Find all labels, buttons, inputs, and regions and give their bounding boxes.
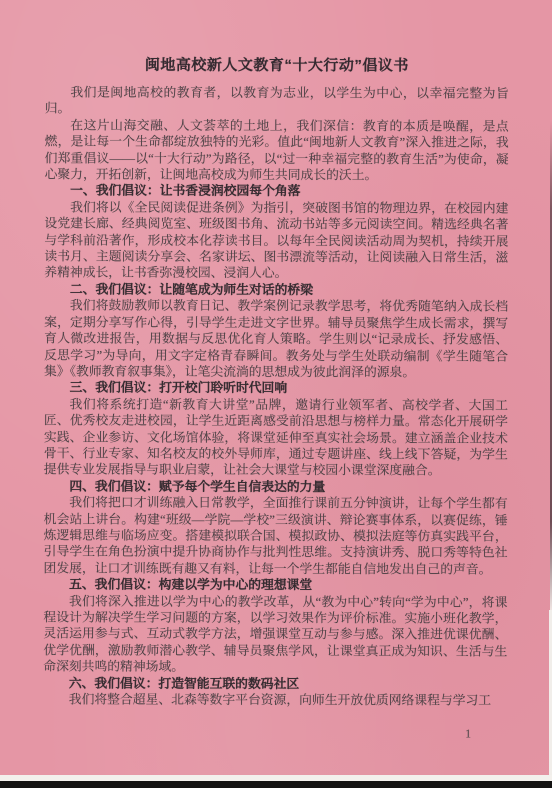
section-heading: 一、我们倡议：让书香浸润校园每个角落 (45, 183, 509, 201)
section-heading: 四、我们倡议：赋予每个学生自信表达的力量 (44, 478, 508, 496)
section-heading: 三、我们倡议：打开校门聆听时代回响 (44, 380, 508, 398)
scan-strip-black (0, 781, 552, 788)
page-number: 1 (465, 726, 471, 741)
paragraph: 我们将鼓励教师以教育日记、教学案例记录教学思考，将优秀随笔纳入成长档案，定期分享… (44, 298, 508, 381)
paragraph: 我们将把口才训练融入日常教学，全面推行课前五分钟演讲，让每个学生都有机会站上讲台… (44, 495, 508, 578)
document-body: 我们是闽地高校的教育者，以教育为志业，以学生为中心，以幸福完整为旨归。在这片山海… (43, 84, 509, 709)
scanned-page: 闽地高校新人文教育“十大行动”倡议书 我们是闽地高校的教育者，以教育为志业，以学… (0, 0, 552, 788)
paragraph: 我们将整合超星、北森等数字平台资源，向师生开放优质网络课程与学习工 (43, 691, 507, 709)
paragraph: 我们是闽地高校的教育者，以教育为志业，以学生为中心，以幸福完整为旨归。 (45, 84, 509, 118)
document-sheet: 闽地高校新人文教育“十大行动”倡议书 我们是闽地高校的教育者，以教育为志业，以学… (0, 0, 552, 788)
paragraph: 在这片山海交融、人文荟萃的土地上，我们深信：教育的本质是唤醒，是点燃，是让每一个… (45, 117, 509, 184)
section-heading: 二、我们倡议：让随笔成为师生对话的桥梁 (44, 281, 508, 299)
paragraph: 我们将系统打造“新教育大讲堂”品牌，邀请行业领军者、高校学者、大国工匠、优秀校友… (44, 396, 508, 479)
document-title: 闽地高校新人文教育“十大行动”倡议书 (45, 55, 509, 75)
section-heading: 六、我们倡议：打造智能互联的数码社区 (43, 675, 507, 693)
section-heading: 五、我们倡议：构建以学为中心的理想课堂 (43, 577, 507, 595)
paragraph: 我们将深入推进以学为中心的教学改革，从“教为中心”转向“学为中心”，将课程设计为… (43, 593, 507, 676)
paragraph: 我们将以《全民阅读促进条例》为指引，突破图书馆的物理边界，在校园内建设党建长廊、… (44, 199, 508, 282)
